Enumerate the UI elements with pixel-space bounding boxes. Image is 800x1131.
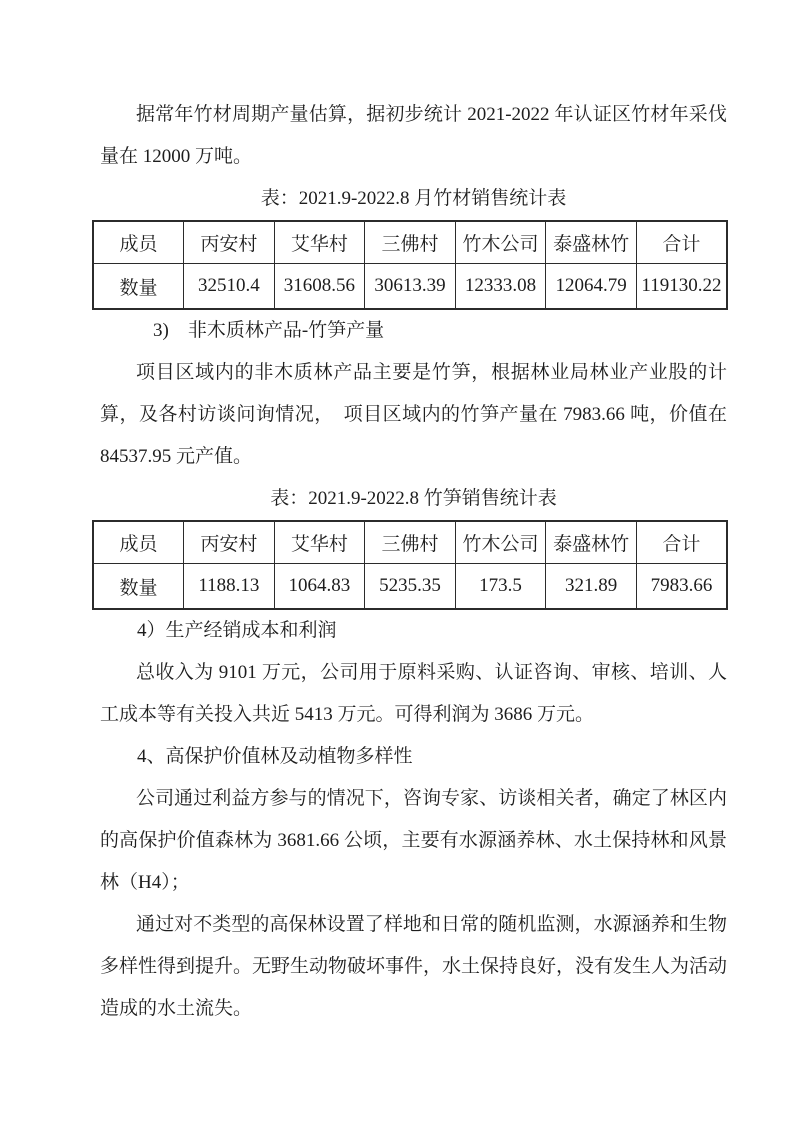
- paragraph-ntfp: 项目区域内的非木质林产品主要是竹笋，根据林业局林业产业股的计算，及各村访谈问询情…: [100, 352, 727, 478]
- table-cell: 数量: [93, 564, 184, 610]
- table-header-cell: 艾华村: [274, 221, 365, 264]
- table-header-cell: 成员: [93, 521, 184, 564]
- table-header-cell: 三佛村: [365, 521, 456, 564]
- table-cell: 1188.13: [184, 564, 275, 610]
- table-cell: 31608.56: [274, 264, 365, 310]
- paragraph-hcv: 公司通过利益方参与的情况下，咨询专家、访谈相关者，确定了林区内的高保护价值森林为…: [100, 778, 727, 904]
- table-cell: 173.5: [455, 564, 546, 610]
- table-caption-bamboo-shoot: 表：2021.9-2022.8 竹笋销售统计表: [100, 478, 727, 520]
- table-header-cell: 三佛村: [365, 221, 456, 264]
- table-bamboo-shoot-sales: 成员 丙安村 艾华村 三佛村 竹木公司 泰盛林竹 合计 数量 1188.13 1…: [92, 520, 728, 610]
- paragraph-monitoring: 通过对不类型的高保林设置了样地和日常的随机监测，水源涵养和生物多样性得到提升。无…: [100, 904, 727, 1030]
- table-row: 数量 1188.13 1064.83 5235.35 173.5 321.89 …: [93, 564, 727, 610]
- table-row: 数量 32510.4 31608.56 30613.39 12333.08 12…: [93, 264, 727, 310]
- table-header-cell: 竹木公司: [455, 221, 546, 264]
- table-cell: 5235.35: [365, 564, 456, 610]
- table-cell: 数量: [93, 264, 184, 310]
- table-cell: 30613.39: [365, 264, 456, 310]
- heading-hcv-biodiversity: 4、高保护价值林及动植物多样性: [100, 736, 727, 778]
- table-cell: 321.89: [546, 564, 637, 610]
- table-header-cell: 竹木公司: [455, 521, 546, 564]
- table-header-cell: 泰盛林竹: [546, 221, 637, 264]
- table-header-cell: 艾华村: [274, 521, 365, 564]
- table-header-row: 成员 丙安村 艾华村 三佛村 竹木公司 泰盛林竹 合计: [93, 221, 727, 264]
- paragraph-intro: 据常年竹材周期产量估算，据初步统计 2021-2022 年认证区竹材年采伐量在 …: [100, 94, 727, 178]
- table-cell: 7983.66: [636, 564, 727, 610]
- heading-cost-profit: 4）生产经销成本和利润: [100, 610, 727, 652]
- table-cell: 32510.4: [184, 264, 275, 310]
- table-cell: 12333.08: [455, 264, 546, 310]
- table-cell: 119130.22: [636, 264, 727, 310]
- table-cell: 12064.79: [546, 264, 637, 310]
- table-header-cell: 合计: [636, 521, 727, 564]
- table-cell: 1064.83: [274, 564, 365, 610]
- document-page: 据常年竹材周期产量估算，据初步统计 2021-2022 年认证区竹材年采伐量在 …: [0, 0, 800, 1131]
- paragraph-cost-profit: 总收入为 9101 万元，公司用于原料采购、认证咨询、审核、培训、人工成本等有关…: [100, 652, 727, 736]
- table-header-row: 成员 丙安村 艾华村 三佛村 竹木公司 泰盛林竹 合计: [93, 521, 727, 564]
- table-header-cell: 合计: [636, 221, 727, 264]
- table-caption-bamboo-timber: 表：2021.9-2022.8 月竹材销售统计表: [100, 178, 727, 220]
- table-header-cell: 丙安村: [184, 521, 275, 564]
- table-header-cell: 丙安村: [184, 221, 275, 264]
- table-header-cell: 泰盛林竹: [546, 521, 637, 564]
- table-bamboo-timber-sales: 成员 丙安村 艾华村 三佛村 竹木公司 泰盛林竹 合计 数量 32510.4 3…: [92, 220, 728, 310]
- table-header-cell: 成员: [93, 221, 184, 264]
- heading-ntfp-output: 3) 非木质林产品-竹笋产量: [100, 310, 727, 352]
